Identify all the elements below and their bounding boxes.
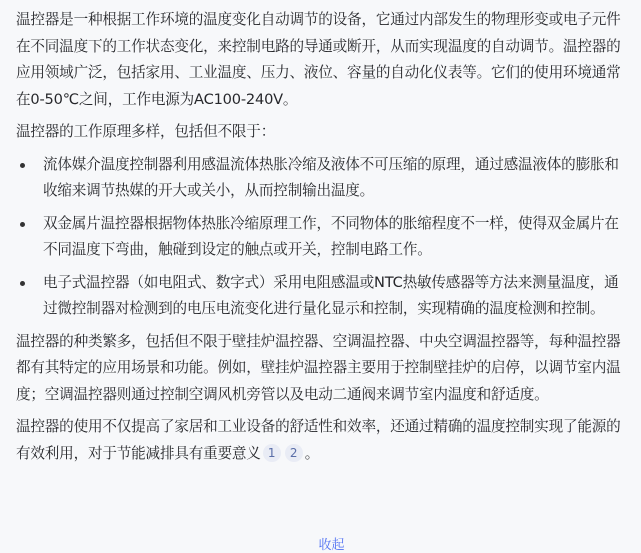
bullet-icon <box>20 163 25 168</box>
conclusion-paragraph: 温控器的使用不仅提高了家居和工业设备的舒适性和效率，还通过精确的温度控制实现了能… <box>16 414 628 467</box>
citation-badge-2[interactable]: 2 <box>285 444 303 462</box>
list-item: 双金属片温控器根据物体热胀冷缩原理工作，不同物体的胀缩程度不一样，使得双金属片在… <box>16 211 628 264</box>
bullet-icon <box>20 222 25 227</box>
list-item-text: 电子式温控器（如电阻式、数字式）采用电阻感温或NTC热敏传感器等方法来测量温度，… <box>43 274 619 318</box>
intro-paragraph: 温控器是一种根据工作环境的温度变化自动调节的设备，它通过内部发生的物理形变或电子… <box>16 7 628 113</box>
collapse-button[interactable]: 收起 <box>0 534 641 544</box>
principles-list: 流体媒介温度控制器利用感温流体热胀冷缩及液体不可压缩的原理，通过感温液体的膨胀和… <box>16 152 625 323</box>
answer-content: 温控器是一种根据工作环境的温度变化自动调节的设备，它通过内部发生的物理形变或电子… <box>0 0 625 467</box>
bullet-icon <box>20 281 25 286</box>
conclusion-end: 。 <box>305 445 319 462</box>
citation-badge-1[interactable]: 1 <box>263 444 281 462</box>
list-item-text: 双金属片温控器根据物体热胀冷缩原理工作，不同物体的胀缩程度不一样，使得双金属片在… <box>43 215 619 259</box>
list-item-text: 流体媒介温度控制器利用感温流体热胀冷缩及液体不可压缩的原理，通过感温液体的膨胀和… <box>43 156 619 200</box>
principles-lead-paragraph: 温控器的工作原理多样，包括但不限于： <box>16 119 628 146</box>
types-paragraph: 温控器的种类繁多，包括但不限于壁挂炉温控器、空调温控器、中央空调温控器等，每种温… <box>16 329 628 409</box>
list-item: 电子式温控器（如电阻式、数字式）采用电阻感温或NTC热敏传感器等方法来测量温度，… <box>16 270 628 323</box>
collapse-label: 收起 <box>296 538 344 544</box>
list-item: 流体媒介温度控制器利用感温流体热胀冷缩及液体不可压缩的原理，通过感温液体的膨胀和… <box>16 152 628 205</box>
